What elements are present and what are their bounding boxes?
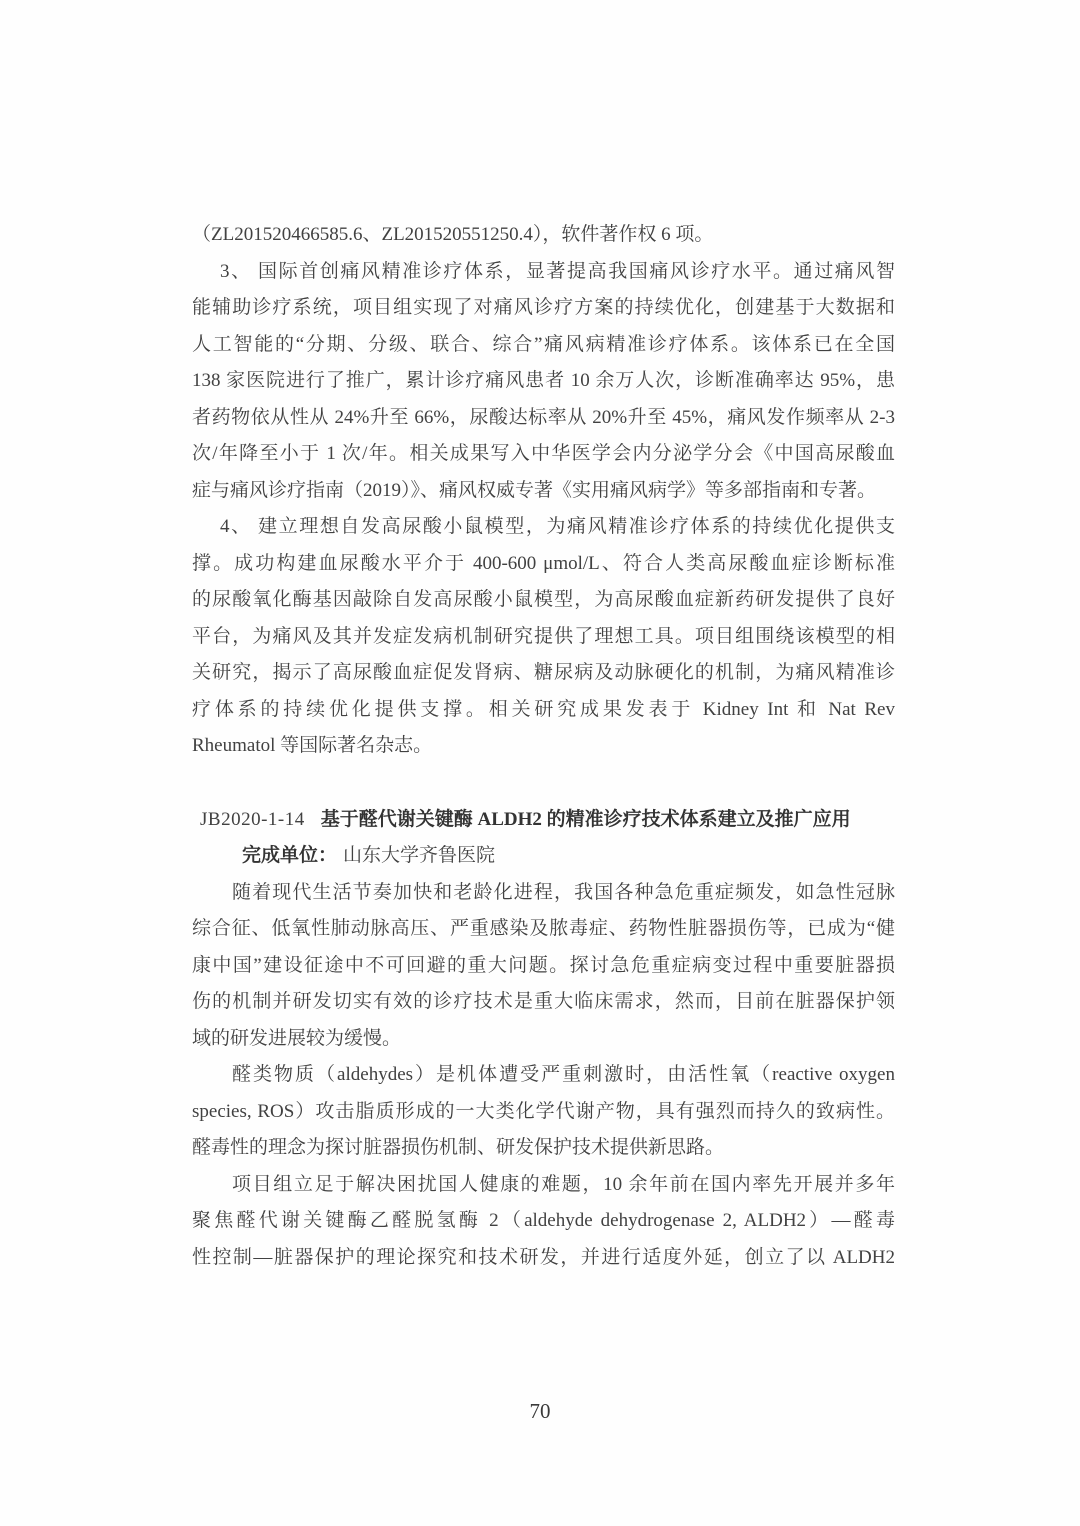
body-block-after-heading: 随着现代生活节奏加快和老龄化进程，我国各种急危重症频发，如急性冠脉综合征、低氧性… bbox=[192, 875, 895, 1277]
completion-unit-value: 山东大学齐鲁医院 bbox=[343, 845, 495, 866]
text-line: 醛毒性的理念为探讨脏器损伤机制、研发保护技术提供新思路。 bbox=[192, 1130, 895, 1167]
text-line: 聚焦醛代谢关键酶乙醛脱氢酶 2（aldehyde dehydrogenase 2… bbox=[192, 1203, 895, 1240]
project-heading: JB2020-1-14基于醛代谢关键酶 ALDH2 的精准诊疗技术体系建立及推广… bbox=[192, 802, 895, 839]
text-line: 域的研发进展较为缓慢。 bbox=[192, 1021, 895, 1058]
text-line: 3、 国际首创痛风精准诊疗体系，显著提高我国痛风诊疗水平。通过痛风智 bbox=[192, 254, 895, 291]
text-line: （ZL201520466585.6、ZL201520551250.4），软件著作… bbox=[192, 217, 895, 254]
document-content: （ZL201520466585.6、ZL201520551250.4），软件著作… bbox=[192, 217, 895, 1276]
project-code: JB2020-1-14 bbox=[200, 809, 305, 830]
text-line: 伤的机制并研发切实有效的诊疗技术是重大临床需求，然而，目前在脏器保护领 bbox=[192, 984, 895, 1021]
text-line: Rheumatol 等国际著名杂志。 bbox=[192, 728, 895, 765]
text-line: 项目组立足于解决困扰国人健康的难题，10 余年前在国内率先开展并多年 bbox=[192, 1167, 895, 1204]
text-line: 人工智能的“分期、分级、联合、综合”痛风病精准诊疗体系。该体系已在全国 bbox=[192, 327, 895, 364]
text-line: 撑。成功构建血尿酸水平介于 400-600 μmol/L、符合人类高尿酸血症诊断… bbox=[192, 546, 895, 583]
text-line: 者药物依从性从 24%升至 66%，尿酸达标率从 20%升至 45%，痛风发作频… bbox=[192, 400, 895, 437]
text-line: 康中国”建设征途中不可回避的重大问题。探讨急危重症病变过程中重要脏器损 bbox=[192, 948, 895, 985]
text-line: 疗体系的持续优化提供支撑。相关研究成果发表于 Kidney Int 和 Nat … bbox=[192, 692, 895, 729]
project-title: 基于醛代谢关键酶 ALDH2 的精准诊疗技术体系建立及推广应用 bbox=[321, 809, 851, 830]
text-line: 138 家医院进行了推广，累计诊疗痛风患者 10 余万人次，诊断准确率达 95%… bbox=[192, 363, 895, 400]
text-line: 平台，为痛风及其并发症发病机制研究提供了理想工具。项目组围绕该模型的相 bbox=[192, 619, 895, 656]
text-line: 关研究，揭示了高尿酸血症促发肾病、糖尿病及动脉硬化的机制，为痛风精准诊 bbox=[192, 655, 895, 692]
text-line: 性控制—脏器保护的理论探究和技术研发，并进行适度外延，创立了以 ALDH2 bbox=[192, 1240, 895, 1277]
text-line: 能辅助诊疗系统，项目组实现了对痛风诊疗方案的持续优化，创建基于大数据和 bbox=[192, 290, 895, 327]
completion-unit-line: 完成单位：山东大学齐鲁医院 bbox=[192, 838, 895, 875]
page-number: 70 bbox=[0, 1396, 1080, 1426]
text-line: 4、 建立理想自发高尿酸小鼠模型，为痛风精准诊疗体系的持续优化提供支 bbox=[192, 509, 895, 546]
text-line: species, ROS）攻击脂质形成的一大类化学代谢产物，具有强烈而持久的致病… bbox=[192, 1094, 895, 1131]
text-line: 的尿酸氧化酶基因敲除自发高尿酸小鼠模型，为高尿酸血症新药研发提供了良好 bbox=[192, 582, 895, 619]
text-line: 次/年降至小于 1 次/年。相关成果写入中华医学会内分泌学分会《中国高尿酸血 bbox=[192, 436, 895, 473]
text-line: 醛类物质（aldehydes）是机体遭受严重刺激时，由活性氧（reactive … bbox=[192, 1057, 895, 1094]
body-block-before-heading: （ZL201520466585.6、ZL201520551250.4），软件著作… bbox=[192, 217, 895, 765]
completion-unit-label: 完成单位： bbox=[242, 845, 337, 866]
text-line: 随着现代生活节奏加快和老龄化进程，我国各种急危重症频发，如急性冠脉 bbox=[192, 875, 895, 912]
text-line: 综合征、低氧性肺动脉高压、严重感染及脓毒症、药物性脏器损伤等，已成为“健 bbox=[192, 911, 895, 948]
text-line: 症与痛风诊疗指南（2019）》、痛风权威专著《实用痛风病学》等多部指南和专著。 bbox=[192, 473, 895, 510]
document-page: （ZL201520466585.6、ZL201520551250.4），软件著作… bbox=[0, 0, 1080, 1526]
